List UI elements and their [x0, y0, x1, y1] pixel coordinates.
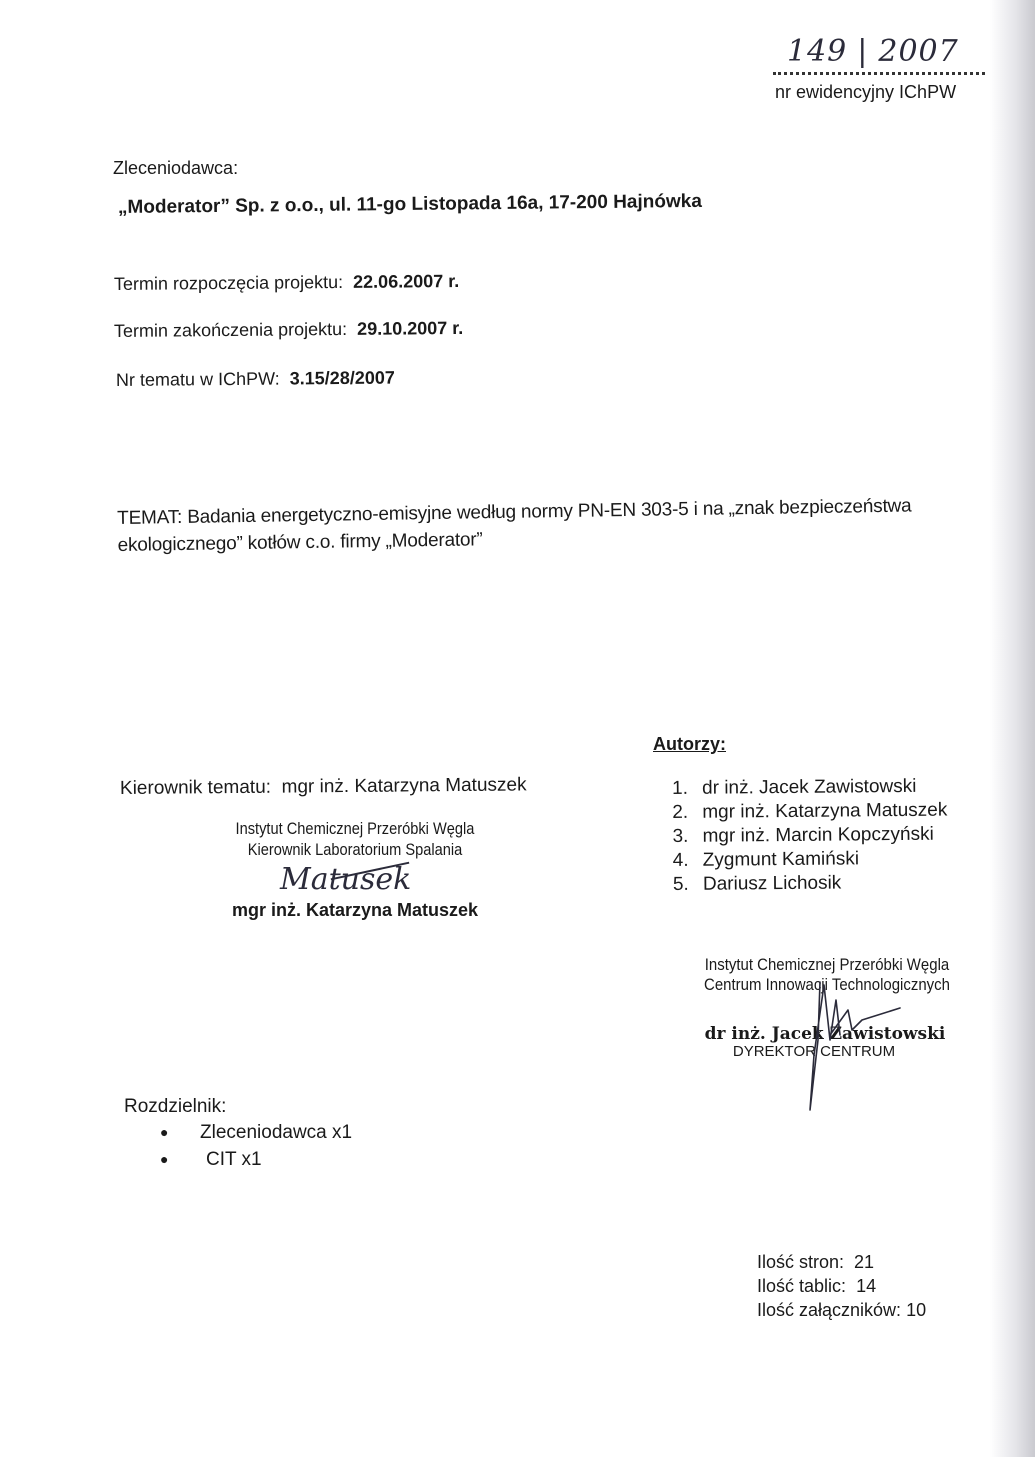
distribution-item: ●CIT x1 [160, 1146, 352, 1173]
authors-list: 1.dr inż. Jacek Zawistowski 2.mgr inż. K… [672, 775, 948, 897]
author-item: 2.mgr inż. Katarzyna Matuszek [672, 799, 947, 825]
end-date-label: Termin zakończenia projektu: [114, 319, 347, 341]
author-number: 4. [673, 849, 703, 873]
author-item: 4.Zygmunt Kamiński [673, 847, 948, 873]
end-date-row: Termin zakończenia projektu: 29.10.2007 … [114, 318, 463, 342]
topic-manager-row: Kierownik tematu: mgr inż. Katarzyna Mat… [120, 774, 527, 800]
author-name: Dariusz Lichosik [703, 873, 842, 895]
topic-manager-name: mgr inż. Katarzyna Matuszek [281, 774, 526, 797]
author-number: 3. [672, 825, 702, 849]
tables-count-label: Ilość tablic: [757, 1276, 846, 1296]
distribution-list: ●Zleceniodawca x1 ●CIT x1 [160, 1119, 352, 1173]
lab-stamp: Instytut Chemicznej Przeróbki Węgla Kier… [213, 818, 497, 860]
author-item: 3.mgr inż. Marcin Kopczyński [672, 823, 947, 849]
start-date-label: Termin rozpoczęcia projektu: [114, 272, 343, 294]
lab-stamp-name: mgr inż. Katarzyna Matuszek [205, 900, 505, 921]
author-name: mgr inż. Katarzyna Matuszek [702, 800, 947, 823]
distribution-item: ●Zleceniodawca x1 [160, 1119, 352, 1146]
author-number: 5. [673, 873, 703, 897]
attachments-count-label: Ilość załączników: [757, 1300, 901, 1320]
distribution-item-label: Zleceniodawca x1 [200, 1119, 352, 1146]
authors-heading: Autorzy: [653, 734, 726, 755]
topic-number-value: 3.15/28/2007 [290, 368, 395, 389]
bullet-icon: ● [160, 1119, 200, 1146]
tables-count-value: 14 [856, 1276, 876, 1296]
evidence-year: 2007 [878, 34, 958, 69]
start-date-value: 22.06.2007 r. [353, 271, 459, 292]
tables-count: Ilość tablic: 14 [757, 1274, 926, 1298]
dotted-line [773, 72, 985, 75]
director-signature-icon [800, 980, 940, 1115]
author-item: 5.Dariusz Lichosik [673, 871, 948, 897]
topic-text: TEMAT: Badania energetyczno-emisyjne wed… [117, 491, 1035, 559]
director-stamp-line1: Instytut Chemicznej Przeróbki Węgla [699, 955, 954, 975]
topic-manager-label: Kierownik tematu: [120, 777, 271, 799]
attachments-count-value: 10 [906, 1300, 926, 1320]
attachments-count: Ilość załączników: 10 [757, 1298, 926, 1322]
pages-count-label: Ilość stron: [757, 1252, 844, 1272]
distribution-heading: Rozdzielnik: [124, 1096, 226, 1118]
separator: | [857, 34, 868, 69]
author-item: 1.dr inż. Jacek Zawistowski [672, 775, 947, 801]
scan-page-edge-shadow [990, 0, 1035, 1457]
pages-count: Ilość stron: 21 [757, 1250, 926, 1274]
client-value: „Moderator” Sp. z o.o., ul. 11-go Listop… [118, 191, 702, 219]
distribution-item-label: CIT x1 [200, 1146, 262, 1173]
author-name: mgr inż. Marcin Kopczyński [702, 824, 933, 847]
end-date-value: 29.10.2007 r. [357, 318, 463, 339]
bullet-icon: ● [160, 1146, 200, 1173]
author-name: dr inż. Jacek Zawistowski [702, 776, 917, 799]
evidence-label: nr ewidencyjny IChPW [775, 82, 956, 103]
client-label: Zleceniodawca: [113, 158, 238, 179]
evidence-number: 149 [787, 34, 847, 69]
author-number: 2. [672, 801, 702, 825]
document-counts: Ilość stron: 21 Ilość tablic: 14 Ilość z… [757, 1250, 926, 1322]
lab-stamp-line2: Kierownik Laboratorium Spalania [213, 839, 497, 860]
author-name: Zygmunt Kamiński [703, 848, 859, 870]
evidence-handwritten-number: 149|2007 [787, 34, 959, 69]
topic-number-row: Nr tematu w IChPW: 3.15/28/2007 [116, 368, 395, 391]
author-number: 1. [672, 777, 702, 801]
start-date-row: Termin rozpoczęcia projektu: 22.06.2007 … [114, 271, 459, 295]
topic-number-label: Nr tematu w IChPW: [116, 369, 280, 390]
lab-stamp-line1: Instytut Chemicznej Przeróbki Węgla [213, 818, 497, 839]
pages-count-value: 21 [854, 1252, 874, 1272]
